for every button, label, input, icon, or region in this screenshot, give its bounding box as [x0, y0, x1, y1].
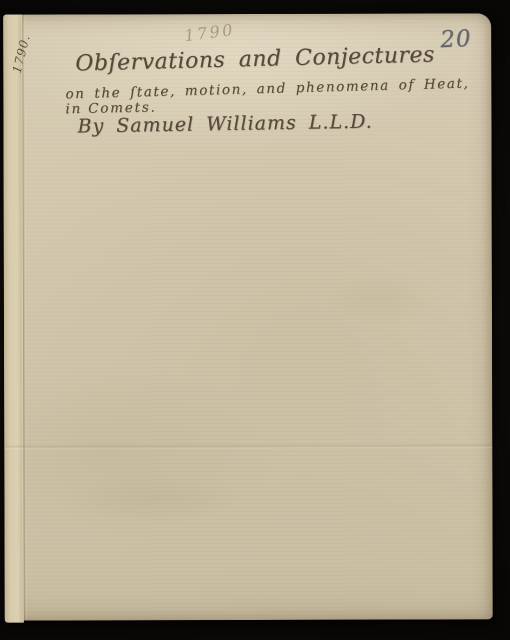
scan-backdrop: 1790. 1790 20 Obſervations and Conjectur… [0, 0, 510, 640]
manuscript-title: Obſervations and Conjectures [75, 42, 435, 76]
horizontal-fold-crease [4, 443, 492, 449]
paper-stain [44, 469, 264, 530]
paper-stain [304, 263, 454, 333]
binding-crease [22, 15, 27, 621]
page-number: 20 [440, 26, 473, 54]
manuscript-page: 1790. 1790 20 Obſervations and Conjectur… [3, 13, 493, 620]
pencil-year-annotation: 1790 [183, 20, 236, 45]
manuscript-subtitle-line-1: on the ſtate, motion, and phenomena of H… [65, 75, 469, 102]
binding-edge [3, 15, 24, 623]
author-byline: By Samuel Williams L.L.D. [77, 111, 373, 138]
